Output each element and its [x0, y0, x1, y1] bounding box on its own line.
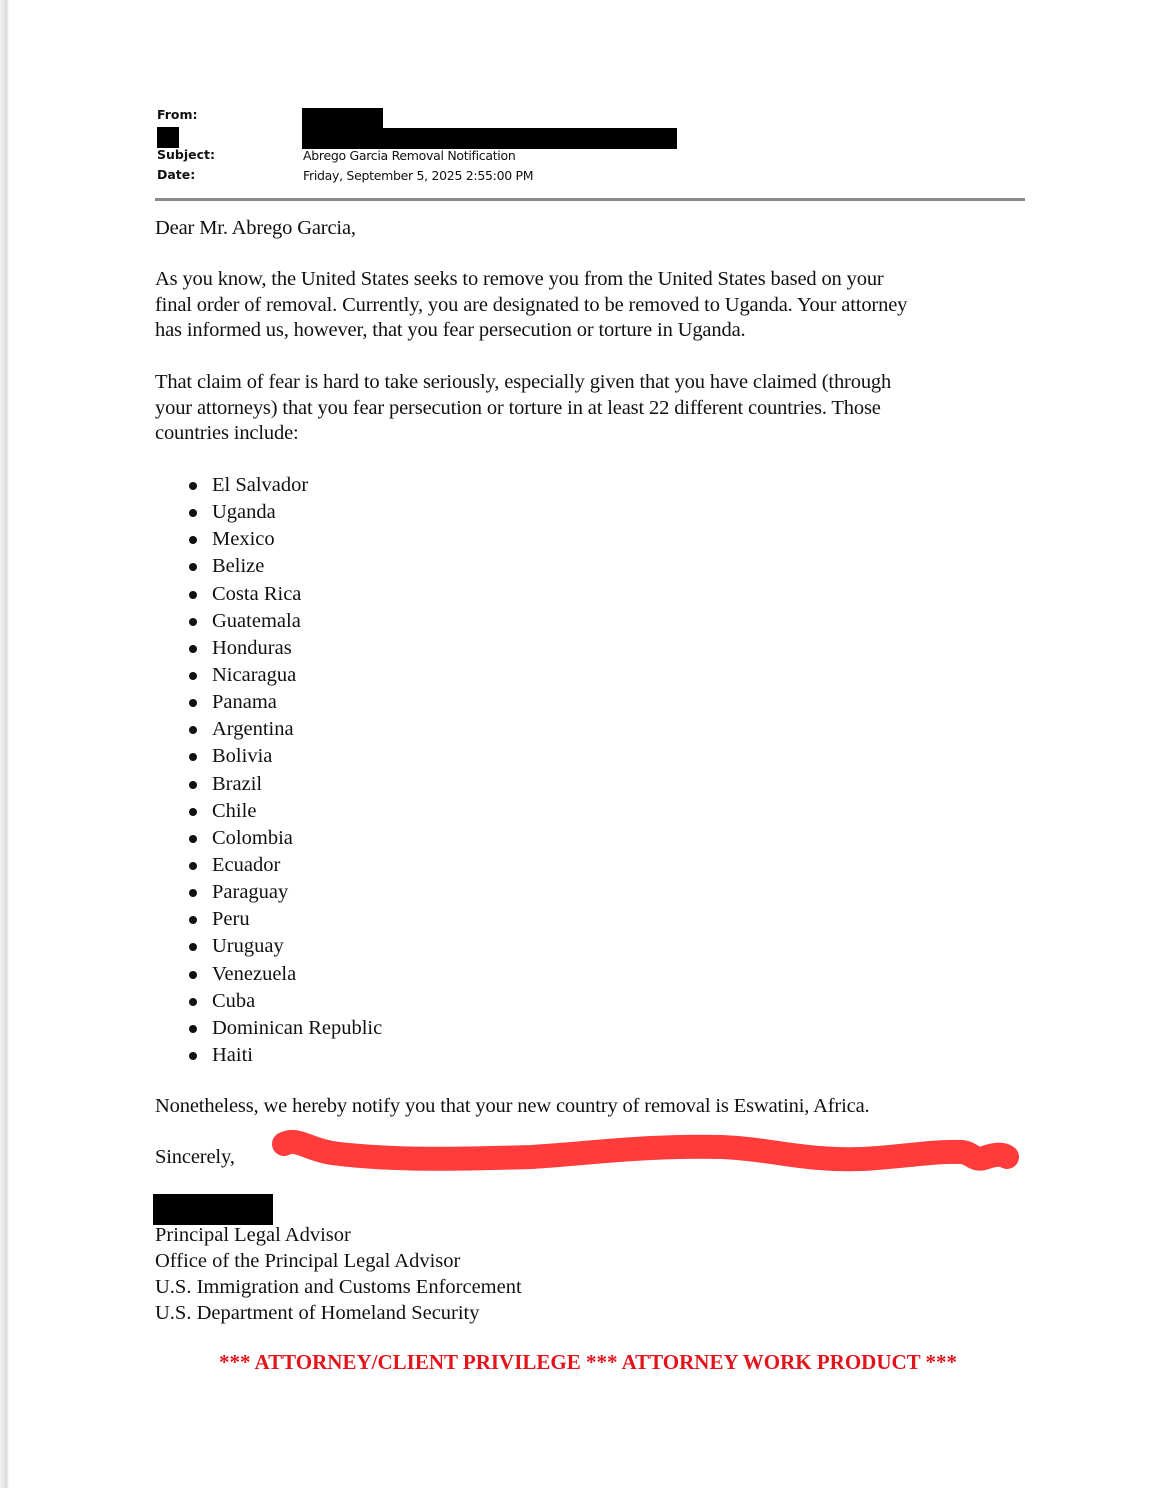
signature-scribble-redaction [262, 1125, 1032, 1185]
paragraph-3: Nonetheless, we hereby notify you that y… [155, 1094, 870, 1120]
country-name: Guatemala [212, 610, 301, 632]
country-name: Paraguay [212, 881, 288, 903]
country-list-item: Uruguay [187, 933, 382, 960]
bullet-icon [189, 563, 197, 571]
country-list-item: El Salvador [187, 472, 382, 499]
country-list-item: Cuba [187, 988, 382, 1015]
paragraph-1-line: As you know, the United States seeks to … [155, 267, 907, 293]
date-label: Date: [157, 167, 195, 182]
country-list-item: Ecuador [187, 852, 382, 879]
bullet-icon [189, 835, 197, 843]
country-list-item: Honduras [187, 635, 382, 662]
paragraph-1: As you know, the United States seeks to … [155, 267, 907, 344]
redaction-block-from-bar [302, 128, 677, 149]
country-list-item: Chile [187, 798, 382, 825]
paragraph-1-line: final order of removal. Currently, you a… [155, 293, 907, 319]
subject-value: Abrego Garcia Removal Notification [303, 148, 515, 163]
country-list-item: Mexico [187, 526, 382, 553]
country-name: Ecuador [212, 854, 280, 876]
closing: Sincerely, [155, 1145, 235, 1171]
country-name: Honduras [212, 637, 292, 659]
country-list-item: Panama [187, 689, 382, 716]
signer-department: U.S. Department of Homeland Security [155, 1300, 522, 1326]
salutation: Dear Mr. Abrego Garcia, [155, 216, 356, 242]
country-name: Uganda [212, 501, 276, 523]
signer-agency: U.S. Immigration and Customs Enforcement [155, 1274, 522, 1300]
bullet-icon [189, 753, 197, 761]
country-list-item: Uganda [187, 499, 382, 526]
header-divider [155, 198, 1025, 201]
bullet-icon [189, 971, 197, 979]
country-list-item: Haiti [187, 1042, 382, 1069]
country-list-item: Argentina [187, 716, 382, 743]
bullet-icon [189, 889, 197, 897]
country-name: Peru [212, 908, 250, 930]
signer-office: Office of the Principal Legal Advisor [155, 1248, 522, 1274]
bullet-icon [189, 482, 197, 490]
bullet-icon [189, 699, 197, 707]
country-name: Bolivia [212, 745, 272, 767]
redaction-block [157, 127, 179, 148]
bullet-icon [189, 726, 197, 734]
redaction-block-from-top [302, 108, 383, 129]
country-name: Cuba [212, 990, 255, 1012]
country-list-item: Brazil [187, 771, 382, 798]
signer-title: Principal Legal Advisor [155, 1222, 522, 1248]
country-name: Chile [212, 800, 256, 822]
bullet-icon [189, 862, 197, 870]
country-list-item: Nicaragua [187, 662, 382, 689]
paragraph-2-line: That claim of fear is hard to take serio… [155, 370, 891, 396]
country-name: Mexico [212, 528, 275, 550]
privilege-notice: *** ATTORNEY/CLIENT PRIVILEGE *** ATTORN… [0, 1350, 1166, 1375]
bullet-icon [189, 618, 197, 626]
bullet-icon [189, 509, 197, 517]
country-list-item: Dominican Republic [187, 1015, 382, 1042]
bullet-icon [189, 536, 197, 544]
page-edge-shadow [0, 0, 9, 1488]
country-name: Argentina [212, 718, 294, 740]
country-name: Dominican Republic [212, 1017, 382, 1039]
paragraph-2: That claim of fear is hard to take serio… [155, 370, 891, 447]
country-name: Haiti [212, 1044, 253, 1066]
bullet-icon [189, 781, 197, 789]
country-list-item: Venezuela [187, 961, 382, 988]
paragraph-2-line: your attorneys) that you fear persecutio… [155, 396, 891, 422]
country-list-item: Guatemala [187, 608, 382, 635]
country-list-item: Peru [187, 906, 382, 933]
country-name: Uruguay [212, 935, 284, 957]
paragraph-2-line: countries include: [155, 421, 891, 447]
country-name: Panama [212, 691, 277, 713]
bullet-icon [189, 943, 197, 951]
date-value: Friday, September 5, 2025 2:55:00 PM [303, 168, 533, 183]
country-name: Belize [212, 555, 264, 577]
country-name: Brazil [212, 773, 262, 795]
country-list-item: Paraguay [187, 879, 382, 906]
bullet-icon [189, 672, 197, 680]
country-list-item: Bolivia [187, 743, 382, 770]
bullet-icon [189, 591, 197, 599]
subject-label: Subject: [157, 147, 215, 162]
bullet-icon [189, 645, 197, 653]
country-list-item: Colombia [187, 825, 382, 852]
bullet-icon [189, 808, 197, 816]
country-list-item: Belize [187, 553, 382, 580]
country-name: Colombia [212, 827, 293, 849]
country-name: Venezuela [212, 963, 296, 985]
from-label: From: [157, 107, 198, 122]
country-name: Nicaragua [212, 664, 296, 686]
country-list-item: Costa Rica [187, 581, 382, 608]
bullet-icon [189, 1025, 197, 1033]
bullet-icon [189, 1052, 197, 1060]
bullet-icon [189, 998, 197, 1006]
country-name: Costa Rica [212, 583, 301, 605]
signature-block: Principal Legal Advisor Office of the Pr… [155, 1222, 522, 1326]
country-list: El SalvadorUgandaMexicoBelizeCosta RicaG… [187, 472, 382, 1069]
paragraph-1-line: has informed us, however, that you fear … [155, 318, 907, 344]
signer-name-redaction [153, 1194, 273, 1225]
bullet-icon [189, 916, 197, 924]
country-name: El Salvador [212, 474, 308, 496]
